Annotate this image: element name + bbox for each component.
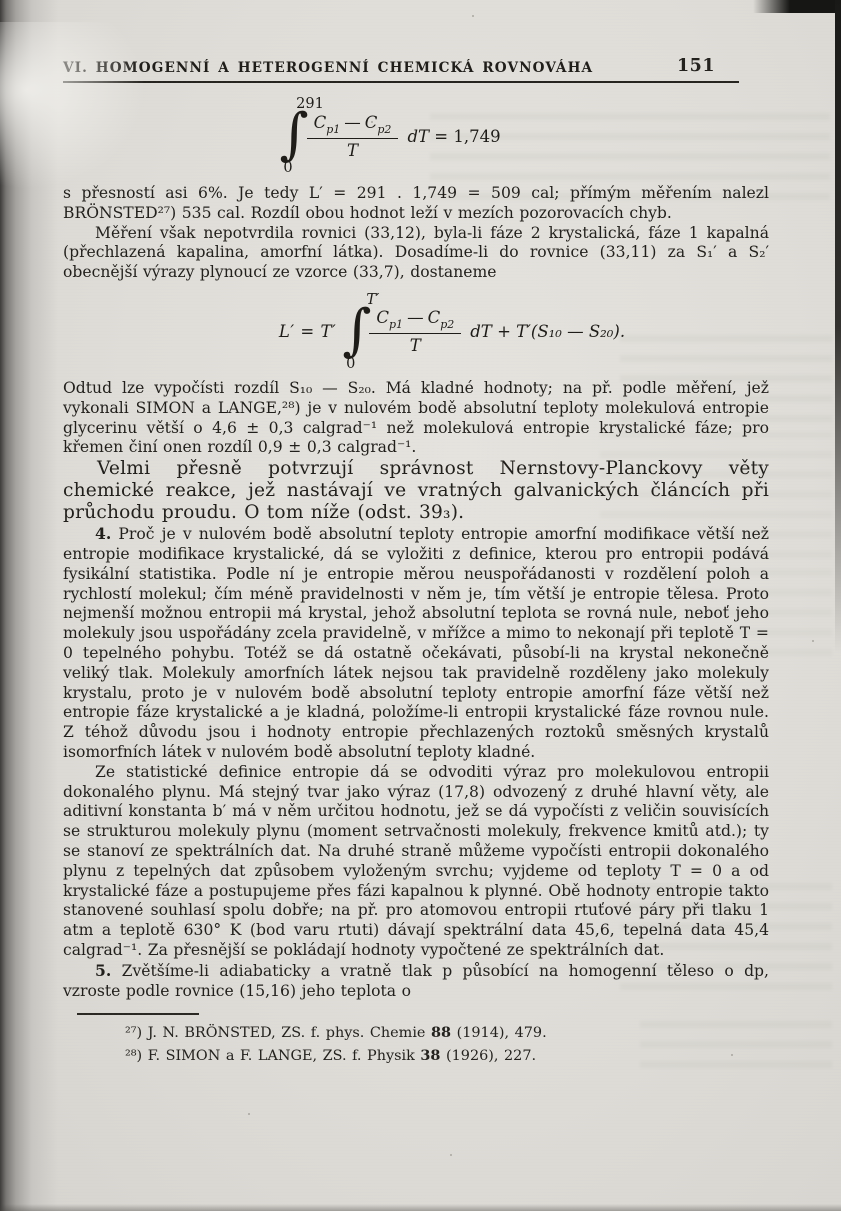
scan-edge-bottom [0, 1204, 841, 1211]
fraction-numerator: Cp1—Cp2 [307, 113, 399, 139]
integral-with-limits: 291 ∫ 0 [279, 97, 308, 175]
integral-sign: ∫ [279, 112, 308, 158]
paper-speck [812, 640, 814, 642]
fraction-denominator: T [410, 334, 421, 355]
section-number: 4. [95, 524, 111, 543]
paragraph-entropy-difference: Odtud lze vypočísti rozdíl S₁₀ — S₂₀. Má… [63, 379, 769, 458]
footnote-volume: 38 [420, 1047, 440, 1064]
integral-upper-limit: T′ [366, 293, 379, 307]
integral-lower-limit: 0 [283, 161, 292, 175]
integral-equation-1: 291 ∫ 0 Cp1—Cp2 T dT = 1,749 [37, 97, 743, 175]
paragraph-statistical: Ze statistické definice entropie dá se o… [63, 763, 769, 961]
page-number: 151 [677, 56, 715, 76]
equation-tail: dT + T′(S₁₀ — S₂₀). [470, 322, 625, 341]
fraction-numerator: Cp1—Cp2 [369, 308, 461, 334]
scan-edge-top-right [753, 0, 841, 13]
fraction: Cp1—Cp2 T [369, 308, 461, 355]
fraction: Cp1—Cp2 T [307, 113, 399, 160]
paragraph-section-5: 5. Zvětšíme-li adiabaticky a vratně tlak… [63, 961, 769, 1002]
integral-sign: ∫ [342, 308, 371, 354]
paragraph-accuracy: s přesností asi 6%. Je tedy L′ = 291 . 1… [63, 184, 769, 224]
page-gutter-shadow [0, 0, 58, 1211]
footnote-volume: 88 [431, 1024, 451, 1041]
paragraph-section-4: 4. Proč je v nulovém bodě absolutní tepl… [63, 524, 769, 763]
paper-speck [472, 15, 474, 17]
paper-speck [450, 1154, 452, 1156]
paragraph-measurement: Měření však nepotvrdila rovnici (33,12),… [63, 224, 769, 283]
integral-with-limits: T′ ∫ 0 [342, 293, 371, 371]
paper-speck [248, 1113, 250, 1115]
integral-lower-limit: 0 [346, 357, 355, 371]
fraction-denominator: T [347, 139, 358, 160]
section-number: 5. [95, 961, 111, 980]
equation-lhs: L′ = T′ [279, 322, 336, 341]
scan-edge-right [835, 0, 841, 680]
section-text: Zvětšíme-li adiabaticky a vratně tlak p … [63, 962, 769, 1000]
equation-tail: dT = 1,749 [407, 127, 500, 146]
paragraph-nernst-planck: Velmi přesně potvrzují správnost Nernsto… [63, 458, 769, 524]
header-rule [63, 81, 739, 83]
running-header: VI. HOMOGENNÍ A HETEROGENNÍ CHEMICKÁ ROV… [63, 56, 739, 76]
chapter-title: VI. HOMOGENNÍ A HETEROGENNÍ CHEMICKÁ ROV… [63, 60, 593, 76]
footnote-27: ²⁷) J. N. BRÖNSTED, ZS. f. phys. Chemie … [125, 1022, 769, 1045]
integral-equation-2: L′ = T′ T′ ∫ 0 Cp1—Cp2 T dT + T′(S₁₀ — S… [99, 293, 805, 371]
integral-upper-limit: 291 [296, 97, 324, 111]
footnote-28: ²⁸) F. SIMON a F. LANGE, ZS. f. Physik 3… [125, 1045, 769, 1068]
footnote-rule [77, 1013, 199, 1015]
book-page-scan: VI. HOMOGENNÍ A HETEROGENNÍ CHEMICKÁ ROV… [0, 0, 841, 1211]
page-content: VI. HOMOGENNÍ A HETEROGENNÍ CHEMICKÁ ROV… [63, 56, 769, 1069]
section-text: Proč je v nulovém bodě absolutní teploty… [63, 525, 769, 761]
